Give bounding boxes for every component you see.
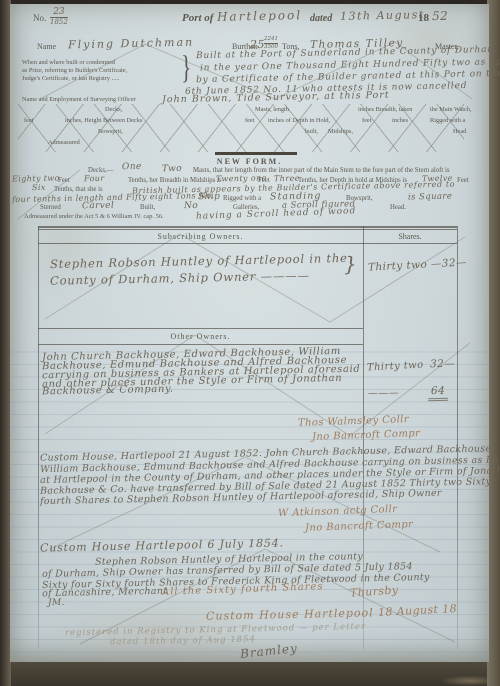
new-form-fill: One (122, 162, 142, 172)
old-form-fragment: Bowsprit, (98, 128, 123, 135)
new-form-fill: Carvel (82, 201, 114, 212)
sepia-signature: Thursby (350, 583, 399, 599)
collector-signature: W Atkinson actg Collr (278, 504, 398, 519)
new-form-fill: Two (162, 164, 182, 174)
old-form-fragment: feet (245, 117, 254, 124)
dated-label: dated (310, 13, 332, 24)
pencil-note-line: dated 18th day of Aug 1854 (110, 634, 256, 647)
custom-house-note: Custom House Hartlepool (206, 606, 374, 623)
admeasured-print: Admeasured under the Act 5 & 6 William I… (24, 213, 164, 220)
old-form-fragment: feet (362, 117, 371, 124)
year-printed: 18 (418, 12, 429, 24)
table-border (457, 226, 458, 649)
comptroller-signature: Jno Bancroft Compr (305, 519, 414, 534)
comptroller-signature: Jno Bancroft Compr (312, 428, 421, 443)
table-border (38, 226, 457, 228)
new-form-print: Feet (457, 177, 469, 184)
registry-number: 23 1852 (50, 8, 68, 26)
date-handwritten: 13th August (340, 8, 425, 23)
built-brace: } (181, 49, 191, 87)
other-owners-header: Other Owners. (38, 332, 363, 341)
built-label-line: as Prize, referring to Builder's Certifi… (22, 67, 127, 74)
registry-page-photo: No. 23 1852 Port of Hartlepool dated 13t… (0, 0, 500, 686)
old-form-fragment: built, (305, 128, 318, 135)
new-form-print: Head. (390, 204, 406, 211)
new-form-print: Built, (140, 204, 155, 211)
burthen-fraction: 2241 3500 (264, 37, 278, 50)
new-form-fill: No (184, 201, 198, 211)
new-form-fill: Three (274, 174, 300, 184)
old-form-fragment: the Main Watch, (430, 106, 472, 113)
old-form-fragment: Decks, (105, 106, 122, 113)
old-form-fragment: feet (24, 117, 33, 124)
old-form-fragment: Head (453, 128, 466, 135)
subscribing-owners-header: Subscribing Owners. (38, 232, 363, 241)
other-owner-line: Backhouse & Company. (42, 384, 174, 398)
year-handwritten: 52 (432, 9, 448, 23)
new-form-print: Masts, that her length from the inner pa… (193, 167, 450, 174)
table-border (38, 243, 457, 244)
name-label: Name (37, 42, 56, 51)
subscribing-owner-line: County of Durham, Ship Owner ———— (50, 268, 310, 287)
new-form-title: NEW FORM. (10, 157, 489, 166)
table-border (38, 226, 39, 649)
new-form-fill: Ship (198, 192, 220, 202)
built-label-line: Judge's Certificate, or last Registry ..… (22, 75, 120, 82)
new-form-fill: having a Scroll head of wood (196, 206, 357, 222)
surveyor-label: Name and Employment of Surveying Officer (22, 96, 136, 103)
port-of-label: Port of (182, 12, 213, 24)
new-form-print: Sterned (40, 204, 61, 211)
old-form-fragment: Masts, length (255, 106, 289, 113)
collector-signature: Thos Walmsley Collr (298, 414, 409, 429)
old-form-fragment: Midships, (328, 128, 353, 135)
old-form-fragment: Admeasured (48, 139, 80, 146)
new-form-fill: is Square (408, 192, 452, 203)
subscribing-shares-value: Thirty two —32— (368, 256, 467, 273)
shares-total-dash: ——— (368, 388, 399, 400)
new-form-fill: Six (32, 183, 46, 192)
new-form-fill: Eighty two (12, 174, 60, 184)
new-form-print: Tenths, her Breadth in Midships is (128, 177, 222, 184)
shares-header: Shares. (363, 232, 457, 241)
table-border (38, 328, 363, 329)
new-form-divider (215, 152, 297, 155)
other-shares-figure: 32— (430, 358, 455, 371)
endorsement-heading: Custom House Hartlepool 6 July 1854. (40, 536, 284, 554)
shares-total-value: 64 (428, 385, 449, 401)
other-shares-words: Thirty two (367, 360, 424, 374)
clerk-initials: JM. (48, 598, 65, 608)
old-form-fragment: inches (392, 117, 408, 124)
custom-house-date: 18 August 18 (378, 602, 458, 619)
old-form-fragment: inches, Height Between Decks (65, 117, 142, 124)
old-form-fragment: inches Breadth, taken (358, 106, 412, 113)
table-border (38, 344, 363, 345)
register-document-page: No. 23 1852 Port of Hartlepool dated 13t… (10, 4, 489, 662)
old-form-fragment: Rigged with a (430, 117, 465, 124)
port-name-handwritten: Hartlepool (217, 8, 302, 24)
new-form-fill: Four (84, 174, 105, 183)
new-form-print: Tenths, that she is (54, 186, 103, 193)
old-form-fragment: inches of Depth in Hold, (268, 117, 330, 124)
photo-edge-bottom (0, 660, 500, 686)
no-label: No. (33, 13, 46, 23)
built-label-line: When and where built or condemned (22, 59, 115, 66)
vessel-name-handwritten: Flying Dutchman (68, 36, 194, 52)
subscribing-brace: } (344, 252, 358, 276)
table-border (38, 229, 457, 230)
new-form-print: Feet (58, 177, 70, 184)
new-form-print: Rigged with a (223, 195, 261, 202)
